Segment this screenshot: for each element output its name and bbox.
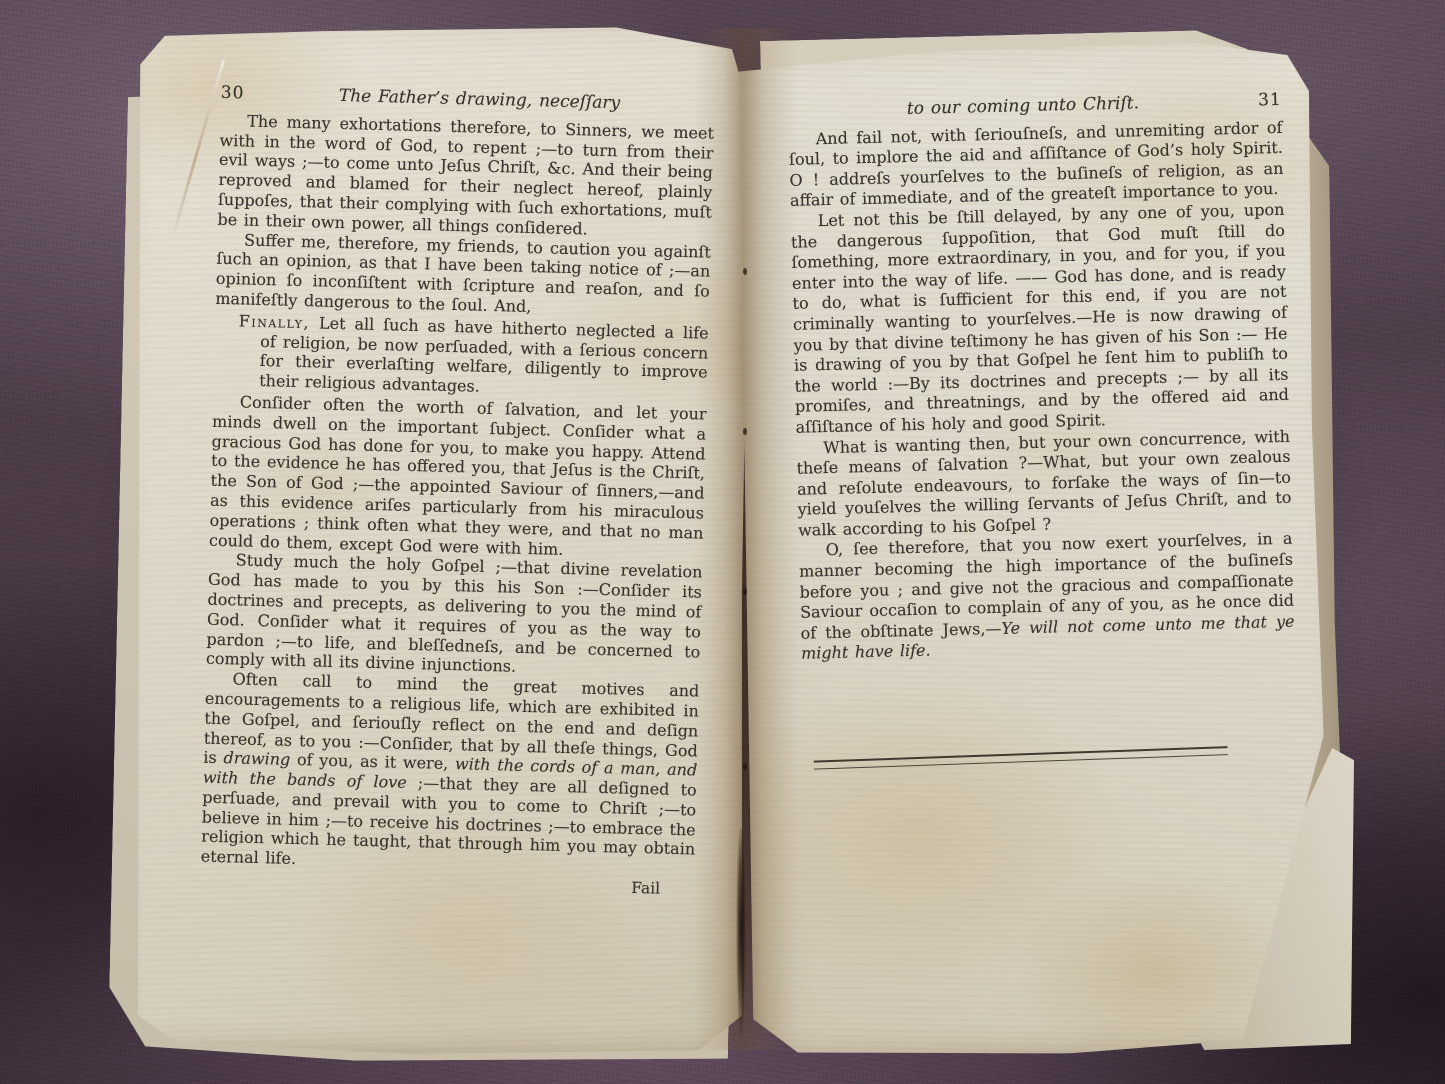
right-page-number: 31 [1258,90,1282,111]
left-header-title: The Father’s drawing, neceſſary [244,84,715,116]
paragraph: And fail not, with ſeriouſneſs, and unre… [788,117,1284,211]
text-segment: Conſider often the worth of ſalvation, a… [209,392,707,558]
right-page-text: to our coming unto Chriſt. 31 And fail n… [788,90,1298,768]
text-segment: Study much the holy Goſpel ;—that divine… [206,551,703,676]
paragraph: Suffer me, therefore, my friends, to cau… [215,229,711,321]
text-segment: The many exhortations therefore, to Sinn… [217,111,714,238]
right-header-title: to our coming unto Chriſt. [788,90,1259,122]
right-running-header: to our coming unto Chriſt. 31 [788,90,1282,123]
left-paragraphs: The many exhortations therefore, to Sinn… [201,111,715,880]
photograph-open-book: 30 The Father’s drawing, neceſſary The m… [0,0,1445,1084]
text-segment: What is wanting then, but your own concu… [796,426,1291,539]
paragraph: O, ſee therefore, that you now exert you… [798,529,1295,665]
left-page: 30 The Father’s drawing, neceſſary The m… [132,23,751,1056]
text-segment: And fail not, with ſeriouſneſs, and unre… [789,117,1284,210]
text-segment: drawing [223,748,290,769]
left-page-number: 30 [221,84,245,104]
paragraph: Study much the holy Goſpel ;—that divine… [206,550,703,682]
paragraph: What is wanting then, but your own concu… [796,426,1292,541]
paragraph: Conſider often the worth of ſalvation, a… [209,392,707,563]
section-end-rule [814,746,1228,769]
paragraph: The many exhortations therefore, to Sinn… [217,111,714,243]
paragraph: Often call to mind the great motives and… [201,669,700,880]
left-page-text: 30 The Father’s drawing, neceſſary The m… [200,84,715,901]
paragraph: Let not this be ſtill delayed, by any on… [790,200,1289,439]
text-segment: Let not this be ſtill delayed, by any on… [791,200,1289,437]
paragraph: Finally, Let all ſuch as have hitherto n… [213,311,709,403]
text-segment: Suffer me, therefore, my friends, to cau… [215,230,711,316]
right-page: to our coming unto Chriſt. 31 And fail n… [732,41,1329,1060]
right-paragraphs: And fail not, with ſeriouſneſs, and unre… [788,117,1295,664]
text-segment: Finally, [239,311,311,332]
text-segment: Let all ſuch as have hitherto neglected … [259,313,709,396]
